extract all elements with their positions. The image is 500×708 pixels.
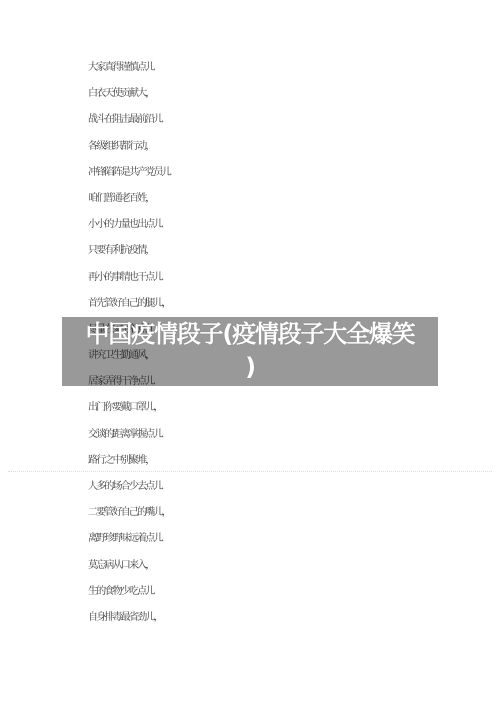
poem-line: 各级组织都行动， — [88, 134, 170, 160]
page-root: 大家真得谨慎点儿白衣天使贡献大，战斗在阻击最前沿儿各级组织都行动，冲锋陷阵是共产… — [0, 0, 500, 708]
poem-line: 小小的力量也出点儿 — [88, 212, 170, 238]
poem-line: 战斗在阻击最前沿儿 — [88, 107, 170, 133]
poem-line: 二要管好自己的嘴儿， — [88, 500, 170, 526]
dotted-divider — [8, 471, 492, 472]
poem-line: 只要有利抗疫情， — [88, 238, 170, 264]
poem-line: 出门你要戴口罩儿， — [88, 395, 170, 421]
poem-line: 首先管好自己的腿儿， — [88, 291, 170, 317]
poem-line: 冲锋陷阵是共产党员儿 — [88, 160, 170, 186]
title-banner-overlay: 中国疫情段子(疫情段子大全爆笑) — [62, 317, 438, 386]
poem-line: 离野珍野味远着点儿 — [88, 526, 170, 552]
poem-line: 路行之中别聚堆， — [88, 448, 170, 474]
poem-line: 莫忘病从口来入， — [88, 553, 170, 579]
poem-line: 人多的场合少去点儿 — [88, 474, 170, 500]
poem-line: 白衣天使贡献大， — [88, 81, 170, 107]
poem-line: 生的食物少吃点儿 — [88, 579, 170, 605]
poem-line: 咱们普通老百姓， — [88, 186, 170, 212]
poem-line: 再小的事情也干点儿 — [88, 265, 170, 291]
poem-line: 自身排毒最省劲儿， — [88, 605, 170, 631]
page-title: 中国疫情段子(疫情段子大全爆笑) — [62, 317, 438, 384]
poem-line: 交谈的距离掌握点儿 — [88, 422, 170, 448]
poem-line: 大家真得谨慎点儿 — [88, 55, 170, 81]
